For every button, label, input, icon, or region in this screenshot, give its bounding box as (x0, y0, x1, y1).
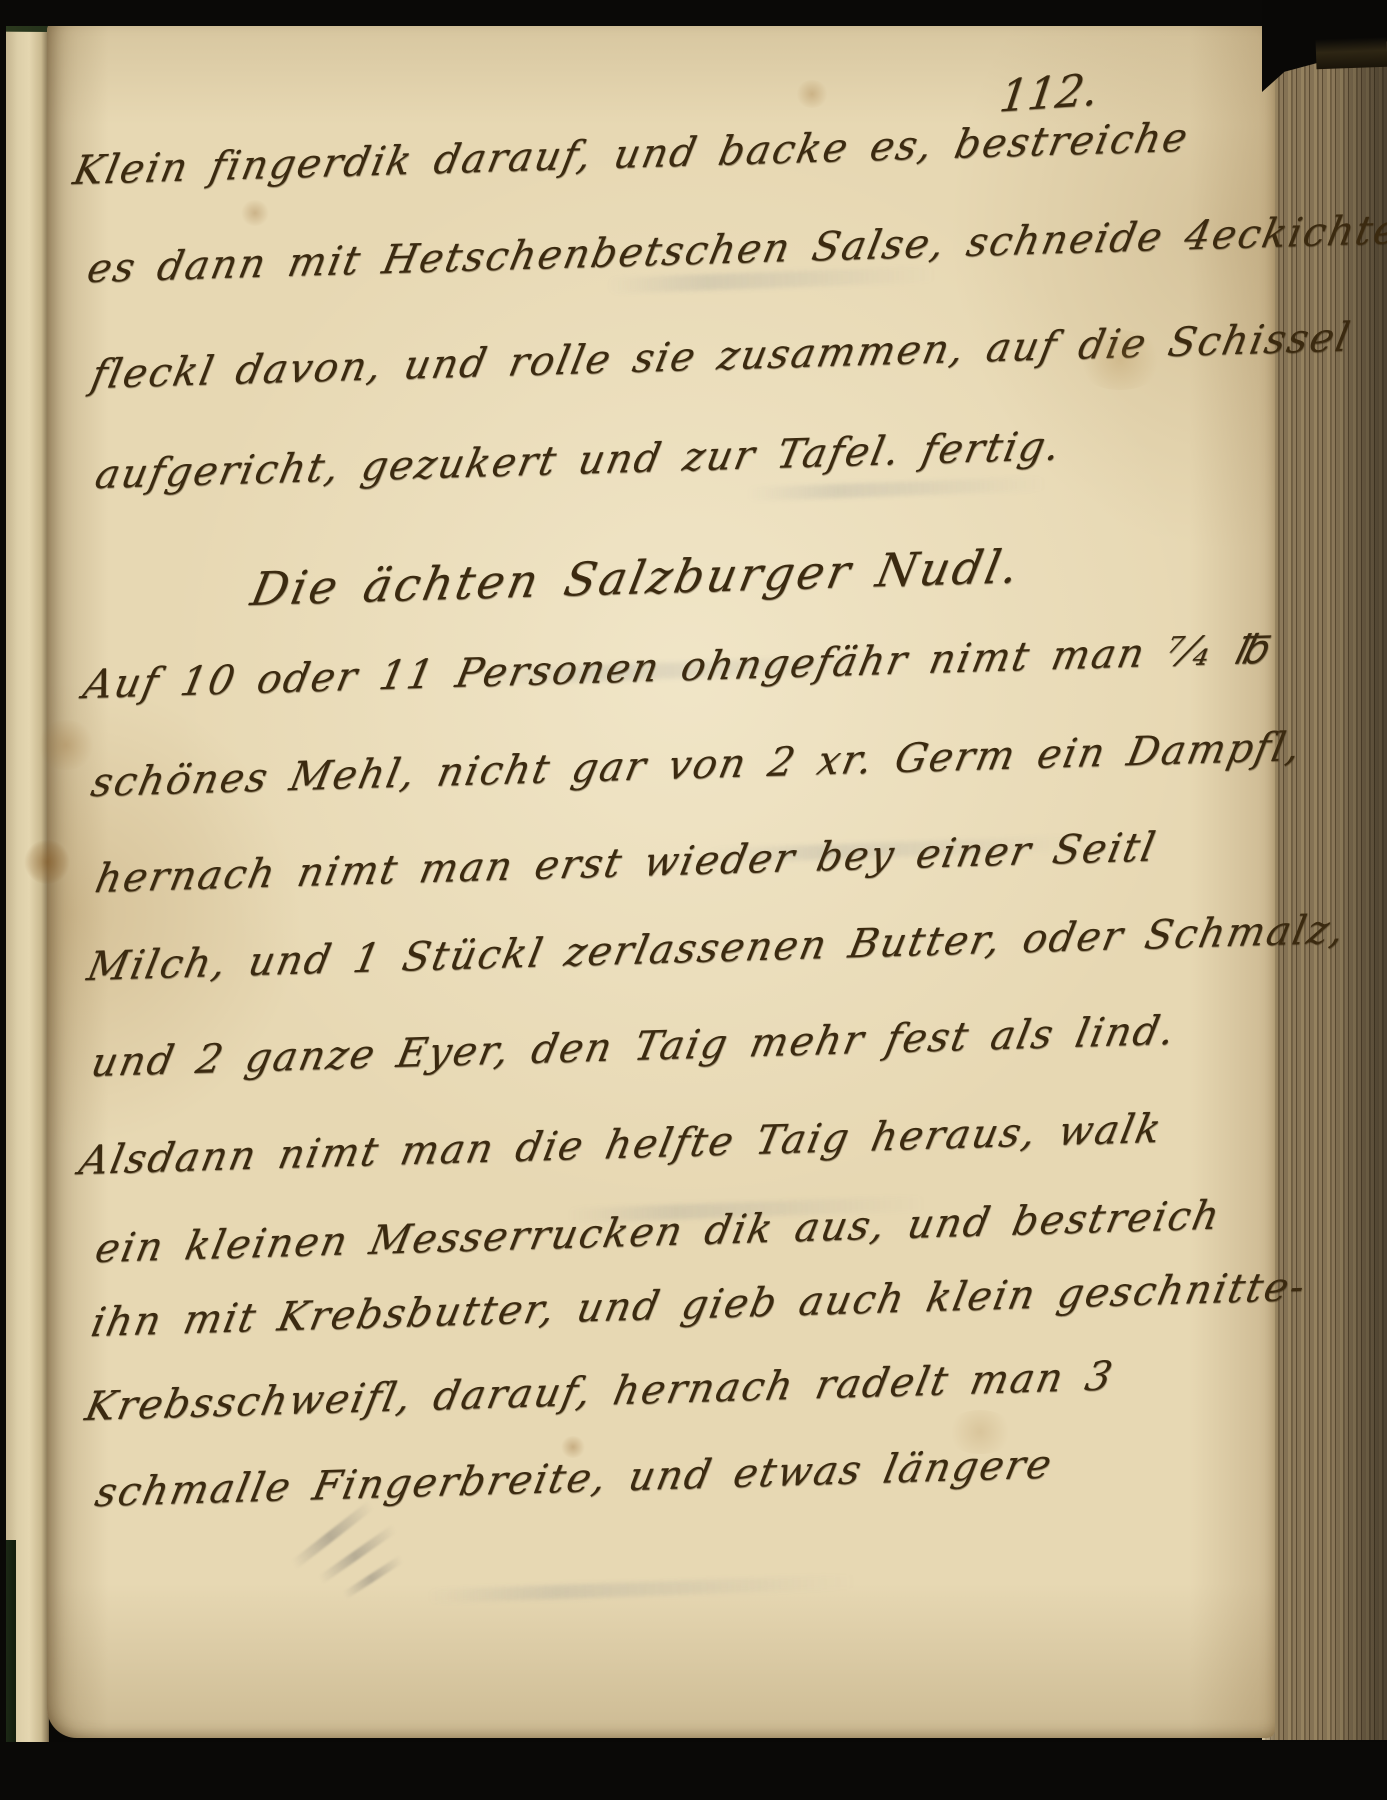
book-fore-edge-pages (1262, 26, 1387, 1740)
book-photo: 112. Klein fingerdik darauf, und backe e… (0, 0, 1387, 1800)
background-border (0, 1742, 1387, 1800)
ink-show-through (427, 1575, 857, 1604)
gutter-previous-page-edge (5, 24, 49, 1754)
ink-show-through (747, 477, 1047, 501)
book-cover-edge (1315, 37, 1387, 69)
page-number: 112. (996, 64, 1101, 122)
background-border (0, 0, 1387, 26)
background-border (0, 0, 6, 1800)
